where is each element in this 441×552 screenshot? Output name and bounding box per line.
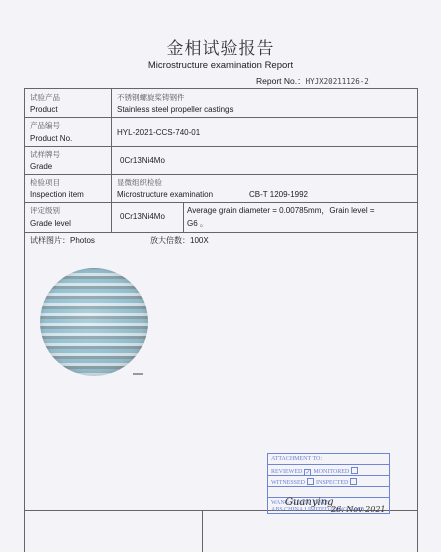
handwritten-date: 26. Nov 2021 [331,505,386,514]
grade-label-cn: 试样牌号 [30,149,60,160]
magnification: 放大倍数：100X [150,235,209,246]
product-no-label-en: Product No. [30,133,72,144]
stamp-title: ATTACHMENT TO: [271,456,322,463]
product-value-cn: 不锈钢螺旋桨铸钢件 [117,92,185,103]
grade-label-en: Grade [30,161,52,172]
row-divider [25,202,417,203]
row-divider [25,146,417,147]
grade-level-grade: 0Cr13Ni4Mo [120,211,165,222]
col-divider [183,202,184,232]
product-label-cn: 试验产品 [30,92,60,103]
grade-level-label-en: Grade level [30,218,71,229]
product-label-en: Product [30,104,58,115]
stamp-row-reviewed: REVIEWED✓MONITORED [268,464,389,475]
witnessed-checkbox [307,478,314,485]
row-divider [25,174,417,175]
stamp-row-signature [268,486,389,497]
inspection-label-en: Inspection item [30,189,84,200]
row-divider [25,117,417,118]
inspection-value-en: Microstructure examination [117,189,213,200]
product-no-value: HYL-2021-CCS-740-01 [117,127,200,138]
report-title-en: Microstructure examination Report [0,60,441,71]
inspection-standard: CB-T 1209-1992 [249,189,308,200]
scale-bar [133,373,143,375]
grade-level-result-line2: G6 。 [187,218,208,229]
inspection-value-cn: 显微组织检验 [117,177,162,188]
grade-level-label-cn: 评定级别 [30,205,60,216]
col-divider [111,89,112,232]
microstructure-photo [40,268,148,376]
product-value-en: Stainless steel propeller castings [117,104,234,115]
grade-value: 0Cr13Ni4Mo [120,155,165,166]
inspection-label-cn: 检验项目 [30,177,60,188]
col-divider [202,510,203,552]
report-title-cn: 金相试验报告 [0,34,441,59]
report-number-label: Report No.： [256,76,306,86]
handwritten-signature: Guanying [285,497,334,508]
report-number: Report No.：HYJX20211126-2 [256,75,369,87]
grade-level-result-line1: Average grain diameter = 0.00785mm，Grain… [187,205,375,216]
photos-label: 试样图片：Photos [30,235,95,246]
stamp-row-witnessed: WITNESSEDINSPECTED [268,475,389,486]
row-divider [25,232,417,233]
monitored-checkbox [351,467,358,474]
inspected-checkbox [350,478,357,485]
magnification-label: 放大倍数： [150,236,190,245]
product-no-label-cn: 产品编号 [30,120,60,131]
magnification-value: 100X [190,236,209,245]
report-number-value: HYJX20211126-2 [306,77,369,86]
